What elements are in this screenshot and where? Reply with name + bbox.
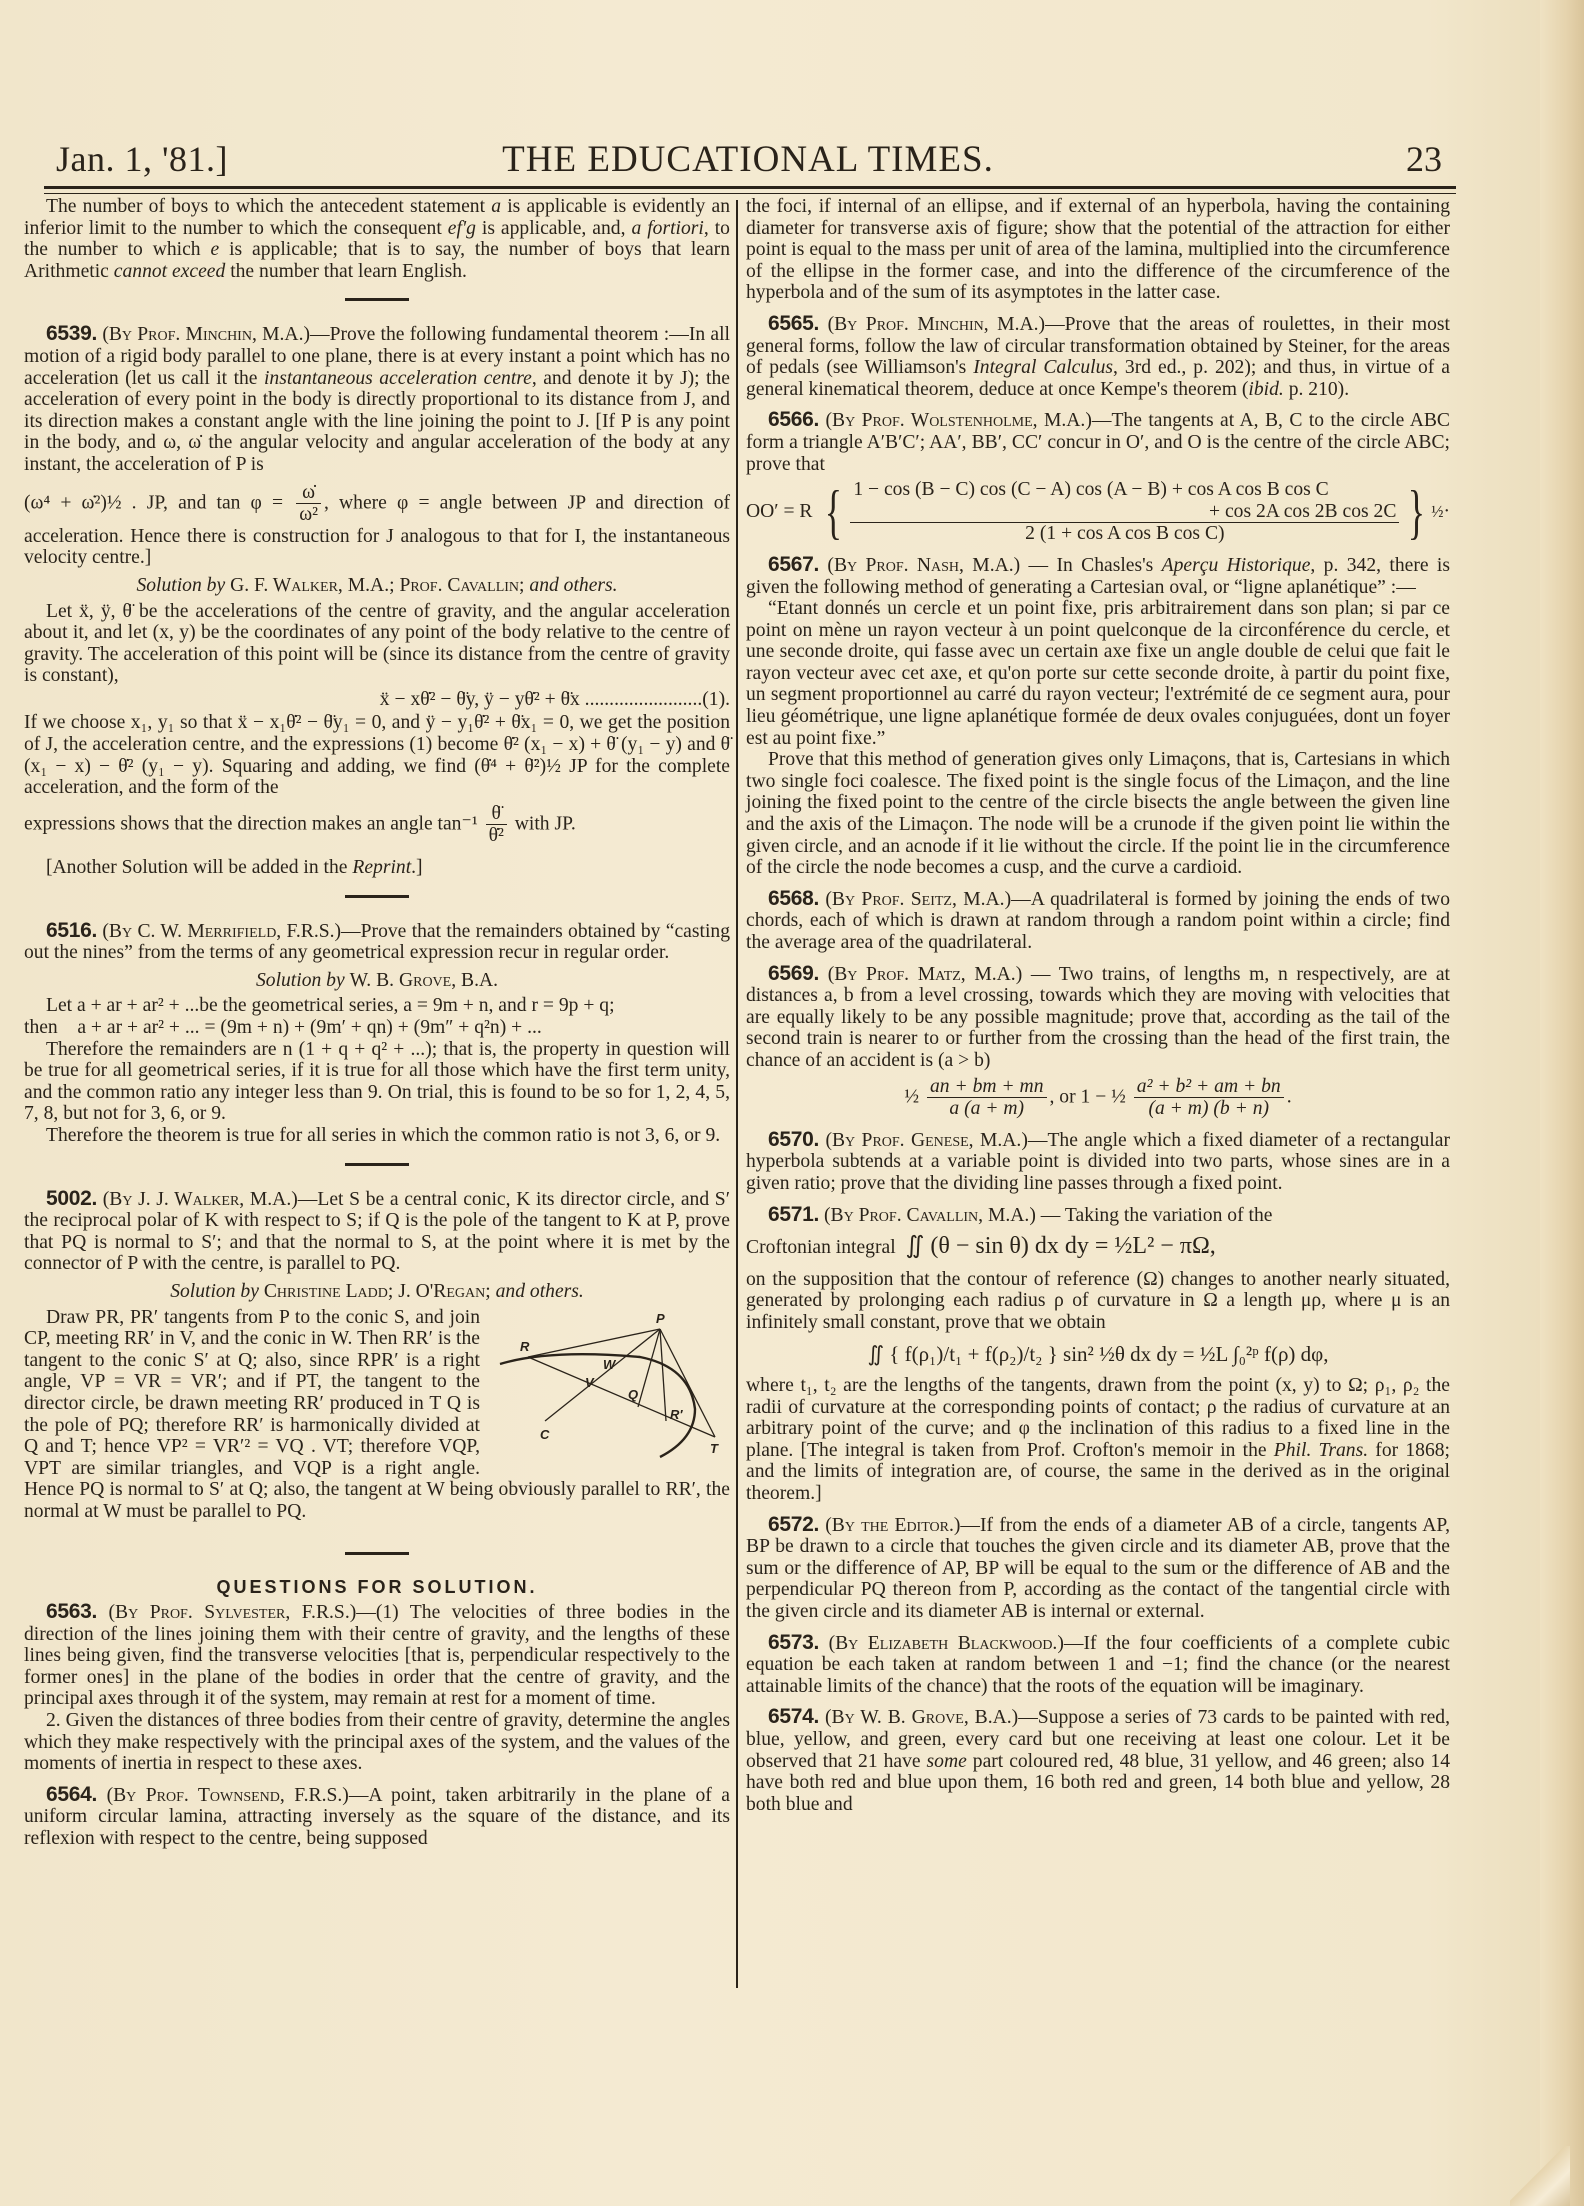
solution-paragraph: Let a + ar + ar² + ...be the geometrical… — [24, 995, 730, 1017]
solution-paragraph: Therefore the remainders are n (1 + q + … — [24, 1039, 730, 1125]
question-number: 6570. — [768, 1128, 819, 1151]
solution-paragraph: Let ẍ, ÿ, θ̈ be the accelerations of the… — [24, 601, 730, 687]
question-6563: 6563. (By Prof. Sylvester, F.R.S.)—(1) T… — [24, 1601, 730, 1775]
question-author: (By Prof. Wolstenholme, M.A.) — [825, 410, 1091, 431]
svg-text:P: P — [656, 1311, 665, 1326]
svg-text:V: V — [585, 1375, 595, 1390]
question-author: (By Elizabeth Blackwood.) — [829, 1633, 1064, 1654]
question-author: (By the Editor.) — [825, 1515, 960, 1536]
question-6565: 6565. (By Prof. Minchin, M.A.)—Prove tha… — [746, 313, 1450, 400]
fraction: ω̇ω² — [296, 482, 321, 526]
french-quotation: “Etant donnés un cercle et un point fixe… — [746, 598, 1450, 749]
question-6574: 6574. (By W. B. Grove, B.A.)—Suppose a s… — [746, 1706, 1450, 1815]
question-5002: 5002. (By J. J. Walker, M.A.)—Let S be a… — [24, 1188, 730, 1523]
solution-paragraph: If we choose x₁, y₁ so that ẍ − x₁θ̇² − … — [24, 712, 730, 798]
solution-credit: Solution by W. B. Grove, B.A. — [24, 970, 730, 992]
formula-oo-prime: OO′ = R { 1 − cos (B − C) cos (C − A) co… — [746, 479, 1450, 545]
question-number: 5002. — [46, 1187, 97, 1210]
question-6567: 6567. (By Prof. Nash, M.A.) — In Chasles… — [746, 554, 1450, 879]
derived-integral: ∬ { f(ρ₁)/t₁ + f(ρ₂)/t₂ } sin² ½θ dx dy … — [746, 1344, 1450, 1366]
question-author: (By W. B. Grove, B.A.) — [825, 1707, 1018, 1728]
question-6573: 6573. (By Elizabeth Blackwood.)—If the f… — [746, 1632, 1450, 1698]
question-number: 6569. — [768, 962, 819, 985]
question-text: on the supposition that the contour of r… — [746, 1269, 1450, 1334]
svg-text:C: C — [540, 1427, 550, 1442]
question-text: Prove that this method of generation giv… — [746, 749, 1450, 879]
conic-tangent-diagram: P R W V Q R′ C T — [490, 1309, 730, 1459]
question-number: 6565. — [768, 312, 819, 335]
svg-text:W: W — [603, 1357, 617, 1372]
croftonian-integral: ∬ (θ − sin θ) dx dy = ½L² − πΩ, — [905, 1233, 1215, 1259]
question-part: 2. Given the distances of three bodies f… — [24, 1710, 730, 1775]
question-number: 6574. — [768, 1705, 819, 1728]
question-author: (By Prof. Seitz, M.A.) — [825, 889, 1011, 910]
header-rule-thick — [44, 186, 1456, 189]
question-number: 6573. — [768, 1631, 819, 1654]
question-number: 6572. — [768, 1513, 819, 1536]
question-number: 6563. — [46, 1600, 97, 1623]
question-6570: 6570. (By Prof. Genese, M.A.)—The angle … — [746, 1129, 1450, 1195]
page-curl-corner — [1510, 2146, 1570, 2206]
question-number: 6568. — [768, 887, 819, 910]
svg-text:Q: Q — [628, 1387, 638, 1402]
reprint-note: [Another Solution will be added in the R… — [24, 857, 730, 879]
right-column: the foci, if internal of an ellipse, and… — [746, 196, 1450, 1815]
svg-text:T: T — [710, 1441, 719, 1456]
question-number: 6564. — [46, 1783, 97, 1806]
question-author: (By Prof. Genese, M.A.) — [825, 1130, 1027, 1151]
header-title: THE EDUCATIONAL TIMES. — [44, 138, 1452, 181]
intro-paragraph: The number of boys to which the antecede… — [24, 196, 730, 282]
solution-credit: Solution by Christine Ladd; J. O'Regan; … — [24, 1281, 730, 1303]
question-author: (By J. J. Walker, M.A.) — [103, 1189, 298, 1210]
section-heading-questions: QUESTIONS FOR SOLUTION. — [24, 1577, 730, 1599]
question-number: 6539. — [46, 322, 97, 345]
column-divider — [736, 200, 738, 1988]
header-rule-thin — [44, 193, 1456, 194]
question-6564: 6564. (By Prof. Townsend, F.R.S.)—A poin… — [24, 1784, 730, 1850]
svg-text:R: R — [520, 1339, 530, 1354]
svg-text:R′: R′ — [670, 1407, 683, 1422]
question-6539: 6539. (By Prof. Minchin, M.A.)—Prove the… — [24, 323, 730, 878]
section-separator — [345, 1552, 409, 1555]
question-author: (By Prof. Minchin, M.A.) — [102, 324, 310, 345]
left-column: The number of boys to which the antecede… — [24, 196, 730, 1850]
question-number: 6571. — [768, 1203, 819, 1226]
question-number: 6567. — [768, 553, 819, 576]
fraction: θ̈θ̇² — [486, 803, 507, 847]
question-6568: 6568. (By Prof. Seitz, M.A.)—A quadrilat… — [746, 888, 1450, 954]
page-header: Jan. 1, '81.] THE EDUCATIONAL TIMES. 23 — [44, 138, 1452, 182]
question-6516: 6516. (By C. W. Merrifield, F.R.S.)—Prov… — [24, 920, 730, 1147]
question-author: (By Prof. Nash, M.A.) — [827, 555, 1020, 576]
header-page-number: 23 — [1406, 138, 1442, 180]
section-separator — [345, 895, 409, 898]
question-number: 6566. — [768, 408, 819, 431]
question-6569: 6569. (By Prof. Matz, M.A.) — Two trains… — [746, 963, 1450, 1120]
newspaper-page: Jan. 1, '81.] THE EDUCATIONAL TIMES. 23 … — [0, 0, 1584, 2206]
question-6566: 6566. (By Prof. Wolstenholme, M.A.)—The … — [746, 409, 1450, 545]
page-edge — [1540, 0, 1584, 2206]
equation-1: ẍ − xθ̇² − θ̈y, ÿ − yθ̇² + θ̈x .........… — [24, 689, 730, 711]
question-number: 6516. — [46, 919, 97, 942]
solution-paragraph: Therefore the theorem is true for all se… — [24, 1125, 730, 1147]
question-author: (By C. W. Merrifield, F.R.S.) — [102, 921, 341, 942]
solution-credit: Solution by G. F. Walker, M.A.; Prof. Ca… — [24, 575, 730, 597]
section-separator — [345, 1163, 409, 1166]
question-6564-continued: the foci, if internal of an ellipse, and… — [746, 196, 1450, 304]
question-author: (By Prof. Townsend, F.R.S.) — [107, 1785, 349, 1806]
question-6572: 6572. (By the Editor.)—If from the ends … — [746, 1514, 1450, 1623]
question-author: (By Prof. Cavallin, M.A.) — [824, 1205, 1036, 1226]
section-separator — [345, 298, 409, 301]
question-6571: 6571. (By Prof. Cavallin, M.A.) — Taking… — [746, 1204, 1450, 1505]
question-author: (By Prof. Sylvester, F.R.S.) — [109, 1602, 357, 1623]
accident-probability-formula: ½ an + bm + mna (a + m), or 1 − ½ a² + b… — [746, 1076, 1450, 1120]
question-author: (By Prof. Minchin, M.A.) — [828, 314, 1045, 335]
question-author: (By Prof. Matz, M.A.) — [828, 964, 1023, 985]
